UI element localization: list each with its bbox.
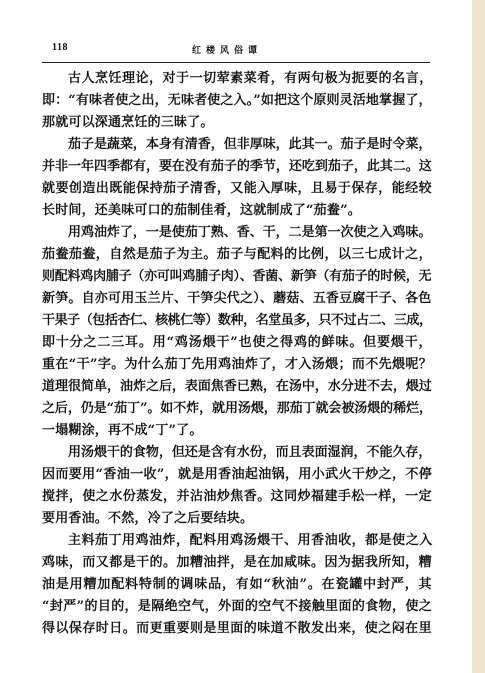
text-line: 那就可以深通烹饪的三昧了。 [42, 112, 432, 134]
line-text: 即十分之二三耳。用“鸡汤煨干”也使之得鸡的鲜味。但要煨干， [42, 332, 432, 354]
text-line: 之后，仍是“茄丁”。如不炸，就用汤煨，那茄丁就会被汤煨的稀烂， [42, 398, 432, 420]
text-line: “封严”的目的，是隔绝空气，外面的空气不接触里面的食物，使之 [42, 596, 432, 618]
line-text: “封严”的目的，是隔绝空气，外面的空气不接触里面的食物，使之 [42, 596, 432, 618]
page-edge-strip [472, 0, 485, 673]
text-line: 用鸡油炸了，一是使茄丁熟、香、干，二是第一次使之入鸡味。 [42, 222, 432, 244]
text-line: 搅拌，使之水份蒸发，并沾油炒焦香。这同炒福建手松一样，一定 [42, 486, 432, 508]
line-text: 用汤煨干的食物，但还是含有水份，而且表面湿润，不能久存， [68, 442, 431, 464]
text-line: 就要创造出既能保持茄子清香，又能入厚味，且易于保存，能经较 [42, 178, 432, 200]
text-line: 一塌糊涂，再不成“丁”了。 [42, 420, 432, 442]
text-line: 重在“干”字。为什么茄丁先用鸡油炸了，才入汤煨；而不先煨呢？ [42, 354, 432, 376]
book-title: 红楼风俗谭 [192, 43, 262, 56]
text-line: 长时间，还美味可口的茄制佳肴，这就制成了“茄鲞”。 [42, 200, 432, 222]
text-line: 则配料鸡肉脯子（亦可叫鸡脯子肉）、香菌、新笋（有茄子的时候，无 [42, 266, 432, 288]
text-line: 鸡味，而又都是干的。加糟油拌，是在加咸味。因为据我所知，糟 [42, 552, 432, 574]
line-text: 一塌糊涂，再不成“丁”了。 [42, 420, 203, 442]
line-text: 那就可以深通烹饪的三昧了。 [42, 112, 214, 134]
text-line: 道理很简单，油炸之后，表面焦香已熟，在汤中，水分进不去，煨过 [42, 376, 432, 398]
line-text: 长时间，还美味可口的茄制佳肴，这就制成了“茄鲞”。 [42, 200, 361, 222]
line-text: 古人烹饪理论，对于一切荤素菜肴，有两句极为扼要的名言， [68, 68, 433, 90]
text-line: 用汤煨干的食物，但还是含有水份，而且表面湿润，不能久存， [42, 442, 432, 464]
text-line: 即十分之二三耳。用“鸡汤煨干”也使之得鸡的鲜味。但要煨干， [42, 332, 432, 354]
text-line: 干果子（包括杏仁、核桃仁等）数种，名堂虽多，只不过占二、三成， [42, 310, 432, 332]
page-number: 118 [52, 42, 68, 53]
line-text: 茄子是蔬菜，本身有清香，但非厚味，此其一。茄子是时令菜， [68, 134, 431, 156]
line-text: 得以保存时日。而更重要则是里面的味道不散发出来，使之闷在里 [42, 618, 432, 640]
line-text: 要用香油。不然，冷了之后要结块。 [42, 508, 253, 530]
text-line: 油是用糟加配料特制的调味品，有如“秋油”。在瓷罐中封严，其 [42, 574, 432, 596]
line-text: 茄鲞茄鲞，自然是茄子为主。茄子与配料的比例，以三七成计之， [42, 244, 432, 266]
line-text: 主料茄丁用鸡油炸，配料用鸡汤煨干、用香油收，都是使之入 [68, 530, 433, 552]
body-text: 古人烹饪理论，对于一切荤素菜肴，有两句极为扼要的名言， 即：“有味者使之出，无味… [42, 68, 432, 640]
line-text: 用鸡油炸了，一是使茄丁熟、香、干，二是第一次使之入鸡味。 [68, 222, 431, 244]
line-text: 干果子（包括杏仁、核桃仁等）数种，名堂虽多，只不过占二、三成， [42, 310, 432, 332]
text-line: 并非一年四季都有，要在没有茄子的季节，还吃到茄子，此其二。这 [42, 156, 432, 178]
line-text: 因而要用“香油一收”，就是用香油起油锅，用小武火干炒之，不停 [42, 464, 432, 486]
book-page: 118 红楼风俗谭 古人烹饪理论，对于一切荤素菜肴，有两句极为扼要的名言， 即：… [0, 0, 472, 673]
header-rule [42, 62, 430, 63]
running-head: 118 红楼风俗谭 [42, 42, 430, 58]
line-text: 并非一年四季都有，要在没有茄子的季节，还吃到茄子，此其二。这 [42, 156, 432, 178]
text-line: 茄鲞茄鲞，自然是茄子为主。茄子与配料的比例，以三七成计之， [42, 244, 432, 266]
text-line: 新笋。自亦可用玉兰片、干笋尖代之）、蘑菇、五香豆腐干子、各色 [42, 288, 432, 310]
line-text: 就要创造出既能保持茄子清香，又能入厚味，且易于保存，能经较 [42, 178, 432, 200]
line-text: 道理很简单，油炸之后，表面焦香已熟，在汤中，水分进不去，煨过 [42, 376, 432, 398]
text-line: 古人烹饪理论，对于一切荤素菜肴，有两句极为扼要的名言， [42, 68, 432, 90]
line-text: 重在“干”字。为什么茄丁先用鸡油炸了，才入汤煨；而不先煨呢？ [42, 354, 432, 376]
text-line: 茄子是蔬菜，本身有清香，但非厚味，此其一。茄子是时令菜， [42, 134, 432, 156]
line-text: 油是用糟加配料特制的调味品，有如“秋油”。在瓷罐中封严，其 [42, 574, 432, 596]
line-text: 之后，仍是“茄丁”。如不炸，就用汤煨，那茄丁就会被汤煨的稀烂， [42, 398, 432, 420]
line-text: 即：“有味者使之出，无味者使之入。”如把这个原则灵活地掌握了， [42, 90, 432, 112]
text-line: 即：“有味者使之出，无味者使之入。”如把这个原则灵活地掌握了， [42, 90, 432, 112]
text-line: 因而要用“香油一收”，就是用香油起油锅，用小武火干炒之，不停 [42, 464, 432, 486]
text-line: 得以保存时日。而更重要则是里面的味道不散发出来，使之闷在里 [42, 618, 432, 640]
text-line: 要用香油。不然，冷了之后要结块。 [42, 508, 432, 530]
line-text: 则配料鸡肉脯子（亦可叫鸡脯子肉）、香菌、新笋（有茄子的时候，无 [42, 266, 431, 288]
line-text: 新笋。自亦可用玉兰片、干笋尖代之）、蘑菇、五香豆腐干子、各色 [42, 288, 432, 310]
line-text: 鸡味，而又都是干的。加糟油拌，是在加咸味。因为据我所知，糟 [42, 552, 432, 574]
line-text: 搅拌，使之水份蒸发，并沾油炒焦香。这同炒福建手松一样，一定 [42, 486, 432, 508]
text-line: 主料茄丁用鸡油炸，配料用鸡汤煨干、用香油收，都是使之入 [42, 530, 432, 552]
